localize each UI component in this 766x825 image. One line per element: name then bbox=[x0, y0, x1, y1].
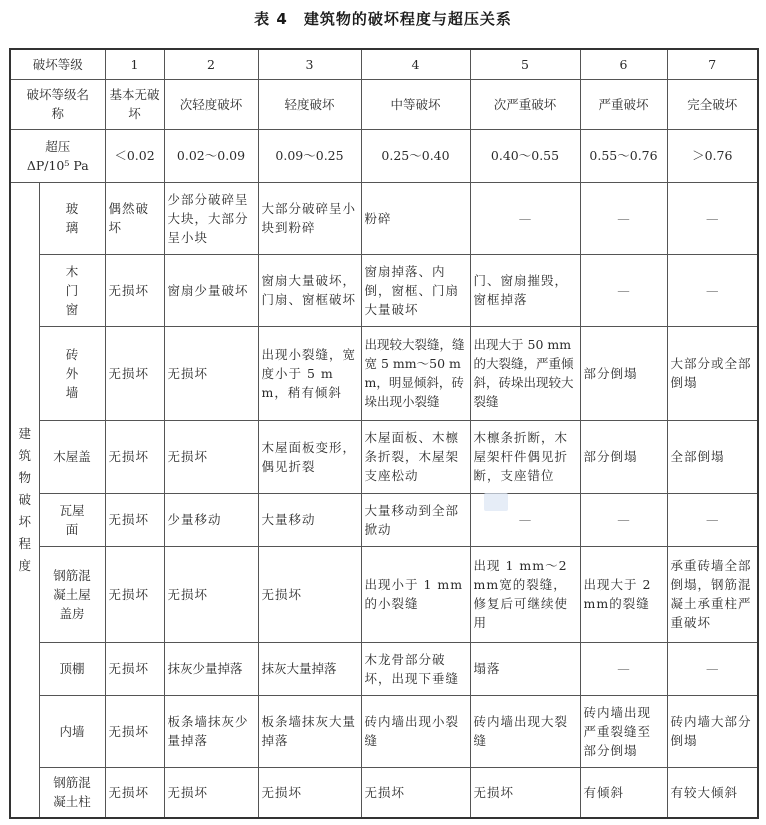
table-cell: 少量移动 bbox=[164, 493, 258, 546]
overpressure-cell: 0.02～0.09 bbox=[164, 129, 258, 182]
table-cell: 无损坏 bbox=[105, 254, 164, 326]
table-row: 木屋盖 无损坏 无损坏 木屋面板变形，偶见折裂 木屋面板、木檩条折裂，木屋架支座… bbox=[10, 420, 758, 493]
table-cell: 木檩条折断，木屋架杆件偶见折断，支座错位 bbox=[470, 420, 580, 493]
table-cell: 木屋面板变形，偶见折裂 bbox=[258, 420, 361, 493]
overpressure-cell: ＞0.76 bbox=[667, 129, 758, 182]
table-cell: 无损坏 bbox=[164, 546, 258, 642]
table-cell: 无损坏 bbox=[258, 546, 361, 642]
table-cell: 出现小裂缝，宽度小于 5 mm，稍有倾斜 bbox=[258, 326, 361, 420]
grade-cell: 4 bbox=[361, 49, 470, 79]
component-label: 钢筋混凝土屋盖房 bbox=[39, 546, 105, 642]
grade-name-label: 破坏等级名称 bbox=[10, 79, 105, 129]
table-cell: — bbox=[580, 493, 667, 546]
grade-name-cell: 严重破坏 bbox=[580, 79, 667, 129]
overpressure-cell: 0.55～0.76 bbox=[580, 129, 667, 182]
table-title: 表 4 建筑物的破坏程度与超压关系 bbox=[0, 8, 766, 29]
grade-cell: 2 bbox=[164, 49, 258, 79]
table-cell: 板条墙抹灰少量掉落 bbox=[164, 695, 258, 767]
table-cell: 少部分破碎呈大块，大部分呈小块 bbox=[164, 182, 258, 254]
table-cell: — bbox=[667, 493, 758, 546]
table-cell: 无损坏 bbox=[105, 546, 164, 642]
table-row: 砖外墙 无损坏 无损坏 出现小裂缝，宽度小于 5 mm，稍有倾斜 出现较大裂缝，… bbox=[10, 326, 758, 420]
grade-name-cell: 基本无破坏 bbox=[105, 79, 164, 129]
grade-name-cell: 中等破坏 bbox=[361, 79, 470, 129]
overpressure-row: 超压 ΔP/10⁵ Pa ＜0.02 0.02～0.09 0.09～0.25 0… bbox=[10, 129, 758, 182]
grade-label: 破坏等级 bbox=[10, 49, 105, 79]
grade-cell: 6 bbox=[580, 49, 667, 79]
grade-cell: 7 bbox=[667, 49, 758, 79]
table-cell: — bbox=[580, 642, 667, 695]
table-cell: 承重砖墙全部倒塌，钢筋混凝土承重柱严重破坏 bbox=[667, 546, 758, 642]
table-cell: — bbox=[667, 182, 758, 254]
watermark bbox=[484, 493, 508, 511]
table-row: 顶棚 无损坏 抹灰少量掉落 抹灰大量掉落 木龙骨部分破坏，出现下垂缝 塌落 — … bbox=[10, 642, 758, 695]
component-label: 瓦屋面 bbox=[39, 493, 105, 546]
overpressure-label-line2: ΔP/10⁵ Pa bbox=[14, 156, 102, 175]
table-cell: — bbox=[667, 642, 758, 695]
table-cell: 塌落 bbox=[470, 642, 580, 695]
table-cell: 窗扇少量破坏 bbox=[164, 254, 258, 326]
component-label: 木屋盖 bbox=[39, 420, 105, 493]
table-cell: 抹灰少量掉落 bbox=[164, 642, 258, 695]
table-cell: 大量移动 bbox=[258, 493, 361, 546]
table-cell: 全部倒塌 bbox=[667, 420, 758, 493]
overpressure-label-line1: 超压 bbox=[14, 137, 102, 156]
table-cell: 大量移动到全部掀动 bbox=[361, 493, 470, 546]
component-label: 砖外墙 bbox=[39, 326, 105, 420]
table-cell: 无损坏 bbox=[164, 420, 258, 493]
table-cell: 偶然破坏 bbox=[105, 182, 164, 254]
table-cell: 无损坏 bbox=[164, 326, 258, 420]
table-cell: 出现大于 50 mm 的大裂缝，严重倾斜，砖垛出现较大裂缝 bbox=[470, 326, 580, 420]
table-row: 钢筋混凝土屋盖房 无损坏 无损坏 无损坏 出现小于 1 mm 的小裂缝 出现 1… bbox=[10, 546, 758, 642]
grade-name-cell: 轻度破坏 bbox=[258, 79, 361, 129]
component-label: 钢筋混凝土柱 bbox=[39, 767, 105, 818]
table-cell: 砖内墙大部分倒塌 bbox=[667, 695, 758, 767]
table-cell: 无损坏 bbox=[470, 767, 580, 818]
table-cell: 有倾斜 bbox=[580, 767, 667, 818]
group-label: 建筑物破坏程度 bbox=[10, 182, 39, 818]
table-cell: 无损坏 bbox=[258, 767, 361, 818]
table-cell: 无损坏 bbox=[105, 642, 164, 695]
table-cell: 门、窗扇摧毁，窗框掉落 bbox=[470, 254, 580, 326]
table-cell: 木龙骨部分破坏，出现下垂缝 bbox=[361, 642, 470, 695]
damage-overpressure-table: 破坏等级 1 2 3 4 5 6 7 破坏等级名称 基本无破坏 次轻度破坏 轻度… bbox=[9, 48, 759, 819]
table-cell: 砖内墙出现大裂缝 bbox=[470, 695, 580, 767]
table-cell: 部分倒塌 bbox=[580, 420, 667, 493]
table-cell: 出现 1 mm～2 mm宽的裂缝，修复后可继续使用 bbox=[470, 546, 580, 642]
table-cell: 粉碎 bbox=[361, 182, 470, 254]
grade-cell: 1 bbox=[105, 49, 164, 79]
table-cell: 无损坏 bbox=[164, 767, 258, 818]
overpressure-cell: ＜0.02 bbox=[105, 129, 164, 182]
table-cell: 出现较大裂缝，缝宽 5 mm～50 mm，明显倾斜，砖垛出现小裂缝 bbox=[361, 326, 470, 420]
table-cell: 砖内墙出现严重裂缝至部分倒塌 bbox=[580, 695, 667, 767]
grade-name-cell: 完全破坏 bbox=[667, 79, 758, 129]
table-row: 木门窗 无损坏 窗扇少量破坏 窗扇大量破坏，门扇、窗框破坏 窗扇掉落、内倒，窗框… bbox=[10, 254, 758, 326]
table-cell: 无损坏 bbox=[105, 420, 164, 493]
table-cell: — bbox=[667, 254, 758, 326]
overpressure-label: 超压 ΔP/10⁵ Pa bbox=[10, 129, 105, 182]
overpressure-cell: 0.25～0.40 bbox=[361, 129, 470, 182]
table-row: 内墙 无损坏 板条墙抹灰少量掉落 板条墙抹灰大量掉落 砖内墙出现小裂缝 砖内墙出… bbox=[10, 695, 758, 767]
table-cell: — bbox=[470, 182, 580, 254]
table-row: 建筑物破坏程度 玻璃 偶然破坏 少部分破碎呈大块，大部分呈小块 大部分破碎呈小块… bbox=[10, 182, 758, 254]
table-cell: 无损坏 bbox=[105, 695, 164, 767]
table-cell: 窗扇大量破坏，门扇、窗框破坏 bbox=[258, 254, 361, 326]
table-cell: 出现小于 1 mm 的小裂缝 bbox=[361, 546, 470, 642]
table-row: 瓦屋面 无损坏 少量移动 大量移动 大量移动到全部掀动 — — — bbox=[10, 493, 758, 546]
table-cell: 出现大于 2 mm的裂缝 bbox=[580, 546, 667, 642]
table-cell: 砖内墙出现小裂缝 bbox=[361, 695, 470, 767]
table-cell: — bbox=[580, 182, 667, 254]
table-cell: 无损坏 bbox=[105, 326, 164, 420]
table-row: 钢筋混凝土柱 无损坏 无损坏 无损坏 无损坏 无损坏 有倾斜 有较大倾斜 bbox=[10, 767, 758, 818]
table-cell: 无损坏 bbox=[105, 493, 164, 546]
table-cell: 抹灰大量掉落 bbox=[258, 642, 361, 695]
table-cell: 窗扇掉落、内倒，窗框、门扇大量破坏 bbox=[361, 254, 470, 326]
component-label: 玻璃 bbox=[39, 182, 105, 254]
overpressure-cell: 0.09～0.25 bbox=[258, 129, 361, 182]
grade-name-cell: 次严重破坏 bbox=[470, 79, 580, 129]
component-label: 内墙 bbox=[39, 695, 105, 767]
component-label: 顶棚 bbox=[39, 642, 105, 695]
table-cell: 大部分破碎呈小块到粉碎 bbox=[258, 182, 361, 254]
grade-name-cell: 次轻度破坏 bbox=[164, 79, 258, 129]
grade-cell: 5 bbox=[470, 49, 580, 79]
overpressure-cell: 0.40～0.55 bbox=[470, 129, 580, 182]
table-cell: 有较大倾斜 bbox=[667, 767, 758, 818]
table-cell: 无损坏 bbox=[361, 767, 470, 818]
grade-name-row: 破坏等级名称 基本无破坏 次轻度破坏 轻度破坏 中等破坏 次严重破坏 严重破坏 … bbox=[10, 79, 758, 129]
component-label: 木门窗 bbox=[39, 254, 105, 326]
grade-cell: 3 bbox=[258, 49, 361, 79]
table-cell: 无损坏 bbox=[105, 767, 164, 818]
table-cell: — bbox=[580, 254, 667, 326]
grade-row: 破坏等级 1 2 3 4 5 6 7 bbox=[10, 49, 758, 79]
table-cell: 部分倒塌 bbox=[580, 326, 667, 420]
table-cell: 板条墙抹灰大量掉落 bbox=[258, 695, 361, 767]
table-cell: 木屋面板、木檩条折裂，木屋架支座松动 bbox=[361, 420, 470, 493]
table-cell: 大部分或全部倒塌 bbox=[667, 326, 758, 420]
